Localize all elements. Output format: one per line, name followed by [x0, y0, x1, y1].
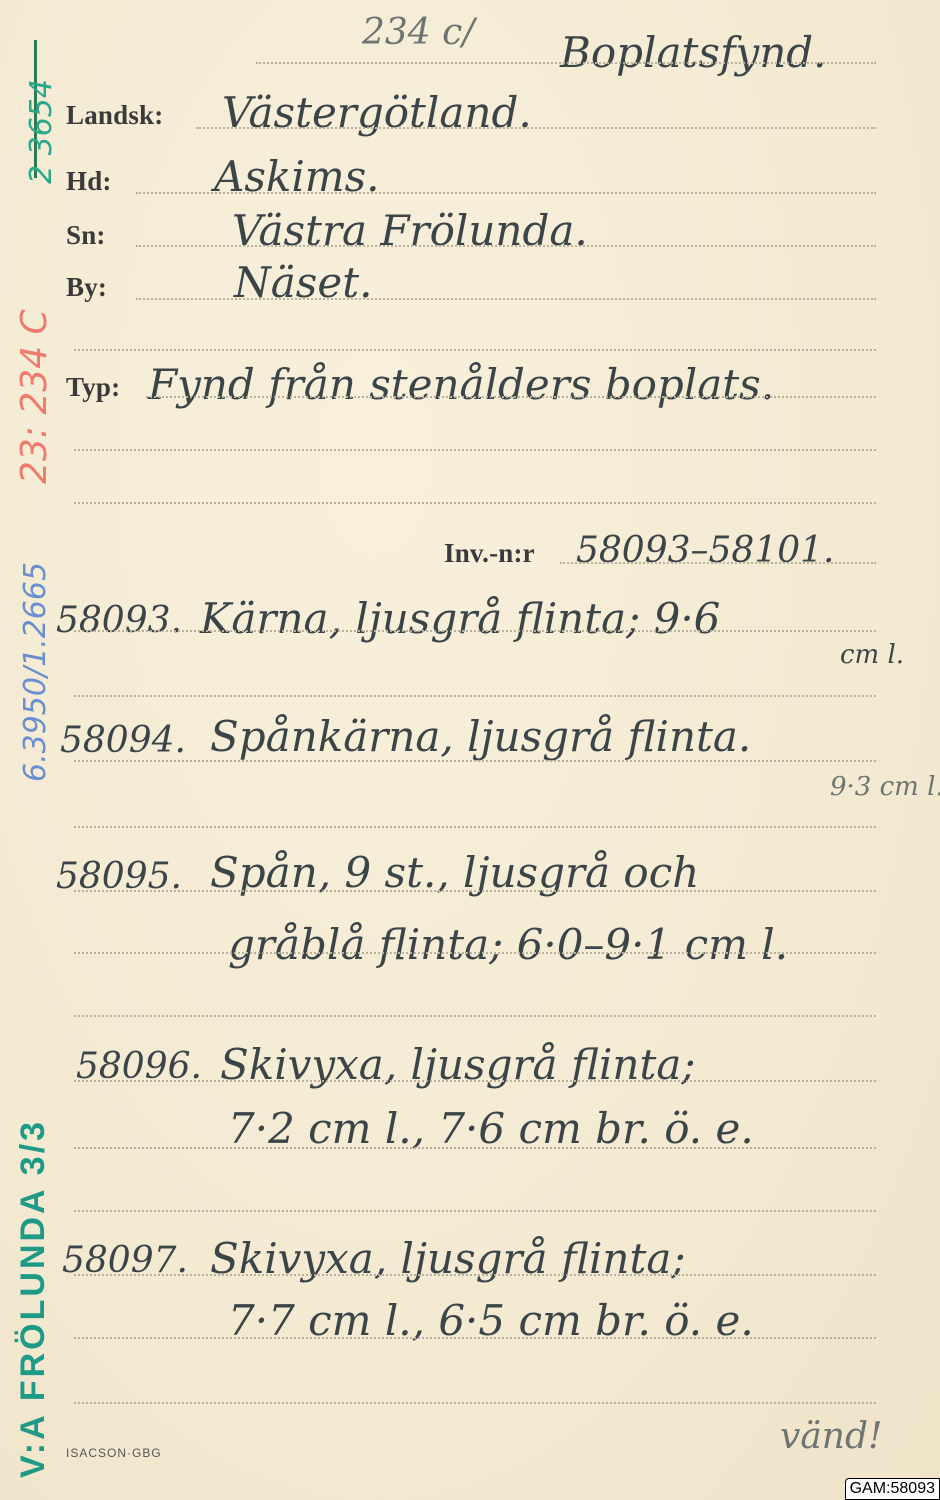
field-label-landskap: Landsk:: [66, 100, 163, 131]
category-heading: Boplatsfynd.: [560, 28, 827, 77]
header-rule: [256, 62, 876, 64]
entry-rule: [74, 890, 876, 892]
field-value-landskap: Västergötland.: [222, 88, 532, 137]
entry-line-cont: gråblå flinta; 6·0–9·1 cm l.: [228, 920, 788, 969]
entry-line: Spånkärna, ljusgrå flinta.: [210, 712, 751, 761]
field-rule: [146, 396, 876, 398]
entry-line-cont: 9·3 cm l.: [830, 772, 940, 802]
margin-note-red: 23: 234 C: [14, 309, 55, 484]
margin-note-green: 2 3654: [24, 79, 59, 184]
entry-rule: [74, 952, 876, 954]
field-rule: [196, 127, 876, 129]
field-rule: [136, 245, 876, 247]
entry-rule: [74, 1015, 876, 1017]
entry-rule: [74, 760, 876, 762]
entry-rule: [74, 1147, 876, 1149]
entry-line: Kärna, ljusgrå flinta; 9·6: [200, 594, 720, 643]
field-label-harad: Hd:: [66, 166, 112, 197]
turn-over-note: vänd!: [780, 1416, 883, 1457]
entry-rule: [74, 1402, 876, 1404]
locality-stamp: V:A FRÖLUNDA 3/3: [14, 1119, 53, 1478]
entry-rule: [74, 1210, 876, 1212]
entry-line-cont: cm l.: [840, 640, 904, 670]
field-rule: [74, 349, 876, 351]
entry-rule: [74, 1274, 876, 1276]
field-value-typ: Fynd från stenålders boplats.: [148, 360, 774, 409]
entry-number: 58094.: [60, 720, 186, 761]
inventory-label: Inv.-n:r: [444, 538, 535, 569]
entry-rule: [74, 826, 876, 828]
field-rule: [560, 562, 876, 564]
field-rule: [74, 502, 876, 504]
printer-mark: ISACSON·GBG: [66, 1446, 162, 1460]
entry-rule: [74, 695, 876, 697]
inventory-range: 58093–58101.: [576, 530, 835, 571]
entry-line-cont: 7·2 cm l., 7·6 cm br. ö. e.: [228, 1104, 754, 1153]
catalog-card: 234 c/ Boplatsfynd. Landsk: Västergötlan…: [0, 0, 940, 1500]
field-rule: [136, 298, 876, 300]
field-label-typ: Typ:: [66, 372, 120, 403]
field-rule: [74, 449, 876, 451]
entry-number: 58093.: [56, 600, 182, 641]
field-label-by: By:: [66, 272, 107, 303]
margin-note-blue: 6.3950/1.2665: [18, 562, 53, 782]
entry-rule: [74, 1080, 876, 1082]
field-rule: [136, 192, 876, 194]
catalog-mark: 234 c/: [362, 12, 474, 53]
entry-rule: [74, 630, 876, 632]
field-label-socken: Sn:: [66, 220, 106, 251]
field-value-socken: Västra Frölunda.: [232, 206, 588, 255]
image-id-tag: GAM:58093: [845, 1478, 940, 1500]
entry-rule: [74, 1337, 876, 1339]
